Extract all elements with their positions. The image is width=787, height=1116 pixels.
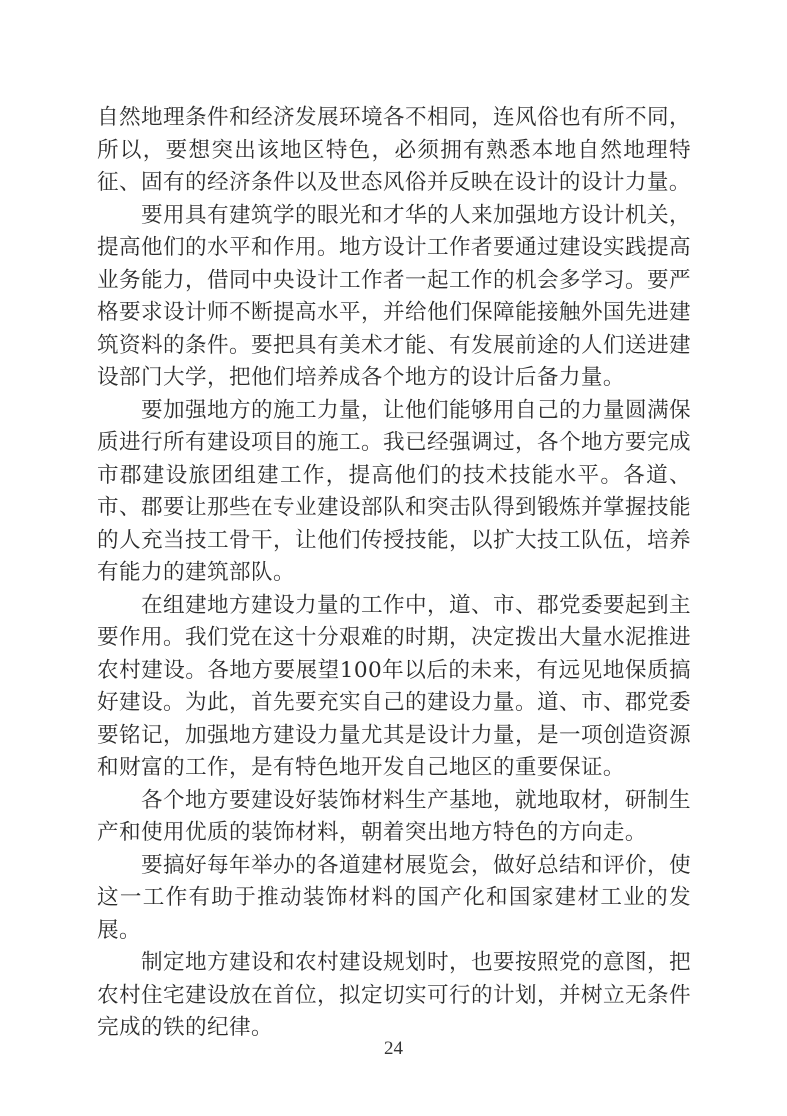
paragraph-2: 要用具有建筑学的眼光和才华的人来加强地方设计机关，提高他们的水平和作用。地方设计… (97, 200, 691, 395)
paragraph-3: 要加强地方的施工力量，让他们能够用自己的力量圆满保质进行所有建设项目的施工。我已… (97, 395, 691, 590)
paragraph-6: 要搞好每年举办的各道建材展览会，做好总结和评价，使这一工作有助于推动装饰材料的国… (97, 850, 691, 948)
paragraph-1: 自然地理条件和经济发展环境各不相同，连风俗也有所不同，所以，要想突出该地区特色，… (97, 102, 691, 200)
document-body: 自然地理条件和经济发展环境各不相同，连风俗也有所不同，所以，要想突出该地区特色，… (97, 102, 691, 1045)
paragraph-7: 制定地方建设和农村建设规划时，也要按照党的意图，把农村住宅建设放在首位，拟定切实… (97, 947, 691, 1045)
paragraph-4: 在组建地方建设力量的工作中，道、市、郡党委要起到主要作用。我们党在这十分艰难的时… (97, 590, 691, 785)
page-number: 24 (0, 1038, 787, 1060)
paragraph-5: 各个地方要建设好装饰材料生产基地，就地取材，研制生产和使用优质的装饰材料，朝着突… (97, 785, 691, 850)
